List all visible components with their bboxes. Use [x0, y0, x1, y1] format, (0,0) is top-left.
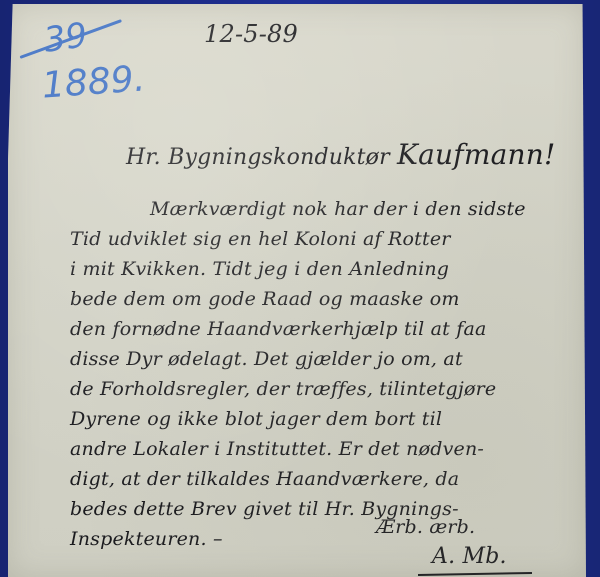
body-line: disse Dyr ødelagt. Det gjælder jo om, at — [70, 348, 463, 370]
salutation-name: Kaufmann! — [397, 138, 555, 171]
body-line: i mit Kvikken. Tidt jeg i den Anledning — [70, 258, 449, 280]
letter-date: 12-5-89 — [204, 20, 298, 48]
body-line: andre Lokaler i Instituttet. Er det nødv… — [70, 438, 484, 460]
signature: A. Mb. — [432, 544, 507, 569]
body-line: Dyrene og ikke blot jager dem bort til — [70, 408, 442, 430]
body-line: bede dem om gode Raad og maaske om — [70, 288, 460, 310]
salutation: Hr. Bygningskonduktør Kaufmann! — [126, 138, 555, 171]
body-line: Inspekteuren. – — [70, 528, 223, 550]
body-line: de Forholdsregler, der træffes, tilintet… — [70, 378, 496, 400]
signature-underline — [418, 572, 532, 576]
letter-paper: 39 1889. 12-5-89 Hr. Bygningskonduktør K… — [8, 4, 586, 577]
closing: Ærb. ærb. — [376, 516, 475, 538]
salutation-prefix: Hr. Bygningskonduktør — [126, 145, 390, 170]
body-line: digt, at der tilkaldes Haandværkere, da — [70, 468, 459, 490]
body-line: den fornødne Haandværkerhjælp til at faa — [70, 318, 487, 340]
archive-year: 1889. — [41, 58, 147, 106]
body-line: Mærkværdigt nok har der i den sidste — [150, 198, 526, 220]
body-line: Tid udviklet sig en hel Koloni af Rotter — [70, 228, 451, 250]
archive-number: 39 — [41, 15, 89, 61]
